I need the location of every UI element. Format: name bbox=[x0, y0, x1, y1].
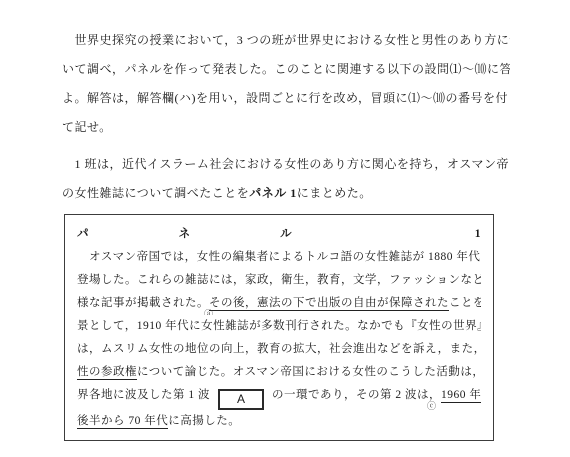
underlined-passage-b-end: 性の参政権 bbox=[77, 366, 137, 380]
panel-line-4: 景として，1910 年代に女性雑誌が多数刊行された。なかでも『女性の世界』誌 bbox=[77, 315, 481, 338]
lead-paragraph: 1 班は，近代イスラーム社会における女性のあり方に関心を持ち，オスマン帝国 の女… bbox=[62, 150, 510, 208]
underline-a-text: その後，憲法の下で出版の自由が保障された bbox=[209, 297, 449, 309]
underlined-passage-c-end: 後半から 70 年代 bbox=[77, 415, 168, 429]
lead-line-1: 1 班は，近代イスラーム社会における女性のあり方に関心を持ち，オスマン帝国 bbox=[62, 150, 510, 179]
lead-line-2: の女性雑誌について調べたことをパネル 1にまとめた。 bbox=[62, 179, 510, 208]
panel-line-1: オスマン帝国では，女性の編集者によるトルコ語の女性雑誌が 1880 年代に bbox=[77, 246, 481, 269]
panel-line-2: 登場した。これらの雑誌には，家政，衛生，教育，文学，ファッションなど多 bbox=[77, 269, 481, 292]
panel-line-7: 界各地に波及した第 1 波Aの一環であり，その第 2 波は，ⓒ1960 年代 bbox=[77, 384, 481, 410]
panel-line-3: 様な記事が掲載された。ⓐその後，憲法の下で出版の自由が保障されたことを背 bbox=[77, 292, 481, 315]
panel-line-5: は，ムスリム女性の地位の向上，教育の拡大，社会進出などを訴え，また，ⓑ女 bbox=[77, 338, 481, 361]
panel-line-3-text: 様な記事が掲載された。 bbox=[77, 297, 209, 309]
blank-box-a: A bbox=[218, 389, 264, 410]
panel-line-6-tail: について論じた。オスマン帝国における女性のこうした活動は，世 bbox=[137, 366, 481, 378]
panel-line-8: 後半から 70 年代に高揚した。 bbox=[77, 410, 481, 433]
lead-line-2-text: の女性雑誌について調べたことを bbox=[62, 186, 249, 200]
panel-1-box: パネル 1 オスマン帝国では，女性の編集者によるトルコ語の女性雑誌が 1880 … bbox=[64, 214, 494, 441]
panel-line-8-tail: に高揚した。 bbox=[168, 415, 240, 427]
underlined-passage-a: ⓐその後，憲法の下で出版の自由が保障された bbox=[209, 297, 449, 311]
circled-c-mark: ⓒ bbox=[427, 402, 436, 410]
underline-b-end-text: 性の参政権 bbox=[77, 366, 137, 378]
lead-line-2-tail: にまとめた。 bbox=[297, 186, 372, 200]
underlined-passage-c-start: ⓒ1960 年代 bbox=[441, 389, 481, 403]
intro-line-4: て記せ。 bbox=[62, 113, 510, 142]
intro-line-3: よ。解答は，解答欄(ハ)を用い，設問ごとに行を改め，冒頭に⑴～⑽の番号を付し bbox=[62, 84, 510, 113]
panel-line-7-mid: の一環であり，その第 2 波は， bbox=[272, 389, 441, 401]
underline-c-end-text: 後半から 70 年代 bbox=[77, 415, 168, 427]
panel-line-6: 性の参政権について論じた。オスマン帝国における女性のこうした活動は，世 bbox=[77, 361, 481, 384]
panel-line-7-text: 界各地に波及した第 1 波 bbox=[77, 389, 210, 401]
underline-c-start-text: 1960 年代 bbox=[441, 389, 481, 401]
intro-line-2: いて調べ，パネルを作って発表した。このことに関連する以下の設問⑴～⑽に答え bbox=[62, 55, 510, 84]
intro-paragraph: 世界史探究の授業において，3 つの班が世界史における女性と男性のあり方につ いて… bbox=[62, 26, 510, 142]
circled-a-mark: ⓐ bbox=[204, 310, 213, 315]
panel-title: パネル 1 bbox=[77, 223, 481, 246]
exam-page: 世界史探究の授業において，3 つの班が世界史における女性と男性のあり方につ いて… bbox=[0, 0, 570, 457]
panel1-reference: パネル 1 bbox=[249, 186, 297, 200]
panel-line-5-text: は，ムスリム女性の地位の向上，教育の拡大，社会進出などを訴え，また， bbox=[77, 343, 481, 355]
panel-line-3-tail: ことを背 bbox=[449, 297, 481, 309]
intro-line-1: 世界史探究の授業において，3 つの班が世界史における女性と男性のあり方につ bbox=[62, 26, 510, 55]
